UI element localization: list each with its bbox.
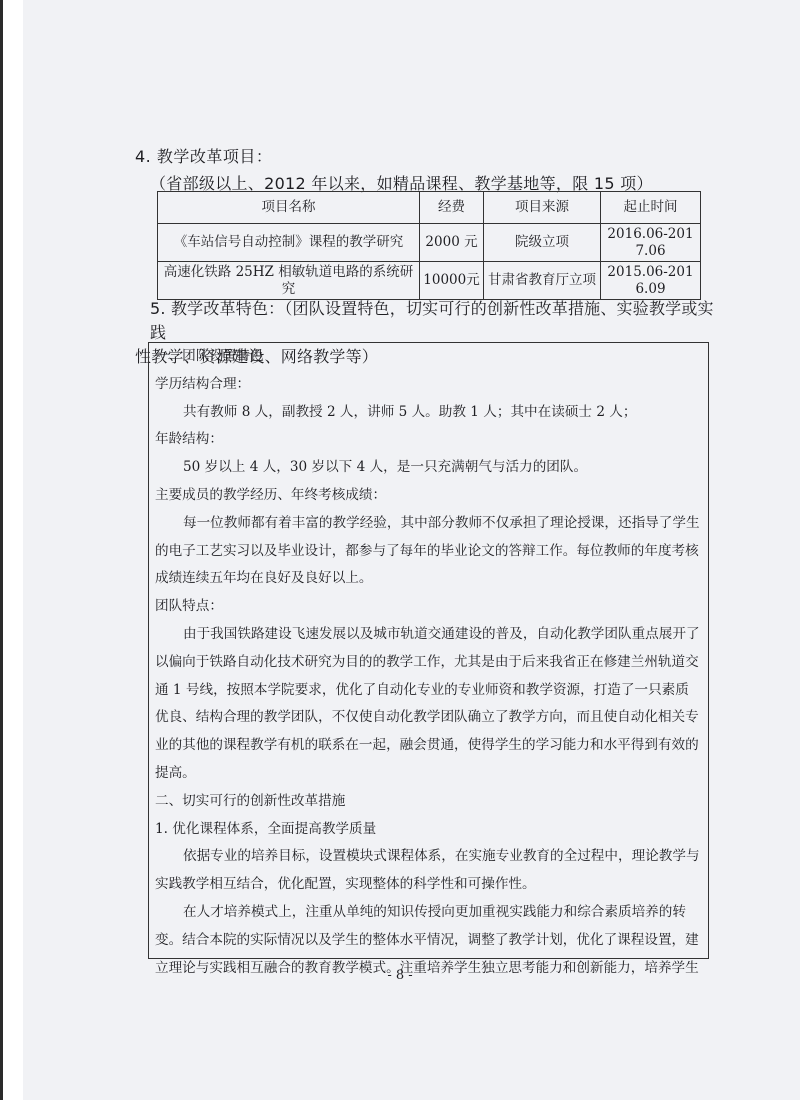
item1-paragraph: 依据专业的培养目标，设置模块式课程体系，在实施专业教育的全过程中，理论教学与实践… xyxy=(155,843,700,899)
education-text: 共有教师 8 人，副教授 2 人，讲师 5 人。助教 1 人；其中在读硕士 2 … xyxy=(155,399,700,427)
cell-source: 院级立项 xyxy=(484,224,601,262)
cell-project-name: 《车站信号自动控制》课程的教学研究 xyxy=(158,224,420,262)
cell-funding: 10000元 xyxy=(420,262,484,300)
reform-features-box: 一、团队设置特色 学历结构合理： 共有教师 8 人，副教授 2 人，讲师 5 人… xyxy=(148,342,709,959)
table-row: 高速化铁路 25HZ 相敏轨道电路的系统研究 10000元 甘肃省教育厅立项 2… xyxy=(158,262,701,300)
education-label: 学历结构合理： xyxy=(155,371,700,399)
cell-period: 2016.06-2017.06 xyxy=(601,224,701,262)
table-row: 《车站信号自动控制》课程的教学研究 2000 元 院级立项 2016.06-20… xyxy=(158,224,701,262)
table-header-row: 项目名称 经费 项目来源 起止时间 xyxy=(158,192,701,224)
cell-period: 2015.06-2016.09 xyxy=(601,262,701,300)
scan-margin xyxy=(3,0,23,1100)
part2-heading: 二、切实可行的创新性改革措施 xyxy=(155,788,700,816)
header-period: 起止时间 xyxy=(601,192,701,224)
experience-text: 每一位教师都有着丰富的教学经验，其中部分教师不仅承担了理论授课，还指导了学生的电… xyxy=(155,510,700,593)
header-source: 项目来源 xyxy=(484,192,601,224)
cell-source: 甘肃省教育厅立项 xyxy=(484,262,601,300)
section5-title-line1: 5. 教学改革特色：（团队设置特色，切实可行的创新性改革措施、实验教学或实践 xyxy=(135,297,725,345)
cell-funding: 2000 元 xyxy=(420,224,484,262)
header-project-name: 项目名称 xyxy=(158,192,420,224)
features-label: 团队特点： xyxy=(155,593,700,621)
page-number: - 8 - xyxy=(0,968,800,983)
reform-projects-table: 项目名称 经费 项目来源 起止时间 《车站信号自动控制》课程的教学研究 2000… xyxy=(157,191,701,300)
experience-label: 主要成员的教学经历、年终考核成绩： xyxy=(155,482,700,510)
age-label: 年龄结构： xyxy=(155,426,700,454)
item1-heading: 1. 优化课程体系，全面提高教学质量 xyxy=(155,816,700,844)
part1-heading: 一、团队设置特色 xyxy=(155,343,700,371)
cell-project-name: 高速化铁路 25HZ 相敏轨道电路的系统研究 xyxy=(158,262,420,300)
section4-title: 4. 教学改革项目： xyxy=(135,144,272,167)
features-text: 由于我国铁路建设飞速发展以及城市轨道交通建设的普及，自动化教学团队重点展开了以偏… xyxy=(155,621,700,788)
header-funding: 经费 xyxy=(420,192,484,224)
age-text: 50 岁以上 4 人，30 岁以下 4 人，是一只充满朝气与活力的团队。 xyxy=(155,454,700,482)
